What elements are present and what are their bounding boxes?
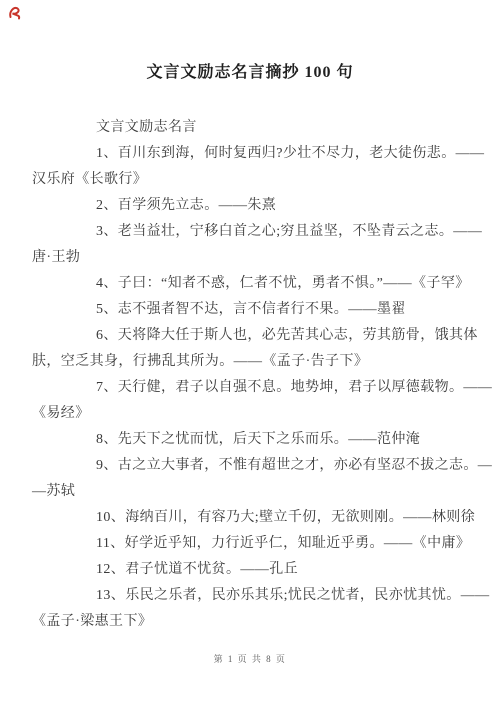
document-body: 文言文励志名言 1、百川东到海，何时复西归?少壮不尽力，老大徒伤悲。——汉乐府《…: [32, 115, 472, 635]
quote-line: 1、百川东到海，何时复西归?少壮不尽力，老大徒伤悲。——: [32, 141, 472, 167]
quote-line: 唐·王勃: [32, 245, 472, 271]
quote-line: 8、先天下之忧而忧，后天下之乐而乐。——范仲淹: [32, 427, 472, 453]
quote-line: 13、乐民之乐者，民亦乐其乐;忧民之忧者，民亦忧其忧。——: [32, 583, 472, 609]
red-seal-icon: [7, 4, 22, 21]
quote-line: 2、百学须先立志。——朱熹: [32, 193, 472, 219]
quote-line: 5、志不强者智不达，言不信者行不果。——墨翟: [32, 297, 472, 323]
quote-line: 10、海纳百川，有容乃大;壁立千仞，无欲则刚。——林则徐: [32, 505, 472, 531]
quote-line: 4、子曰：“知者不惑，仁者不忧，勇者不惧。”——《子罕》: [32, 271, 472, 297]
quote-line: 11、好学近乎知，力行近乎仁，知耻近乎勇。——《中庸》: [32, 531, 472, 557]
quote-line: 《易经》: [32, 401, 472, 427]
document-page: 文言文励志名言摘抄 100 句 文言文励志名言 1、百川东到海，何时复西归?少壮…: [0, 0, 500, 707]
page-number-footer: 第 1 页 共 8 页: [0, 652, 500, 665]
quote-line: 12、君子忧道不忧贫。——孔丘: [32, 557, 472, 583]
quote-line: 肤，空乏其身，行拂乱其所为。——《孟子·告子下》: [32, 349, 472, 375]
section-heading: 文言文励志名言: [32, 115, 472, 141]
quote-line: 《孟子·梁惠王下》: [32, 609, 472, 635]
quotes-list: 1、百川东到海，何时复西归?少壮不尽力，老大徒伤悲。——汉乐府《长歌行》2、百学…: [32, 141, 472, 635]
quote-line: —苏轼: [32, 479, 472, 505]
quote-line: 3、老当益壮，宁移白首之心;穷且益坚，不坠青云之志。——: [32, 219, 472, 245]
quote-line: 汉乐府《长歌行》: [32, 167, 472, 193]
quote-line: 7、天行健，君子以自强不息。地势坤，君子以厚德载物。——: [32, 375, 472, 401]
quote-line: 6、天将降大任于斯人也，必先苦其心志，劳其筋骨，饿其体: [32, 323, 472, 349]
document-title: 文言文励志名言摘抄 100 句: [0, 59, 500, 82]
quote-line: 9、古之立大事者，不惟有超世之才，亦必有坚忍不拔之志。—: [32, 453, 472, 479]
